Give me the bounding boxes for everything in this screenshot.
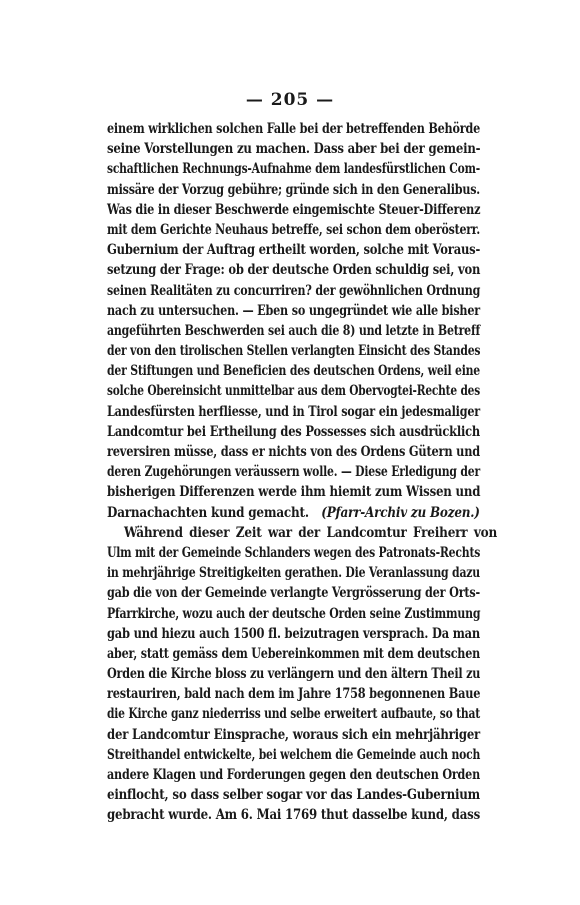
text-line: missäre der Vorzug gebühre; gründe sich …	[107, 180, 480, 200]
text-line: mit dem Gerichte Neuhaus betreffe, sei s…	[107, 220, 480, 240]
text-line: Landcomtur bei Ertheilung des Possesses …	[107, 422, 480, 442]
page-number: — 205 —	[0, 90, 580, 110]
text-line: bisherigen Differenzen werde ihm hiemit …	[107, 482, 480, 502]
text-line: die Kirche ganz niederriss und selbe erw…	[107, 704, 480, 724]
text-line: in mehrjährige Streitigkeiten gerathen. …	[107, 563, 480, 583]
body-text: einem wirklichen solchen Falle bei der b…	[107, 119, 480, 826]
text-line: einem wirklichen solchen Falle bei der b…	[107, 119, 480, 139]
text-line: schaftlichen Rechnungs-Aufnahme dem land…	[107, 159, 480, 179]
text-line: Orden die Kirche bloss zu verlängern und…	[107, 664, 480, 684]
citation-line: Darnachachten kund gemacht. (Pfarr-Archi…	[107, 503, 480, 523]
text-line: Ulm mit der Gemeinde Schlanders wegen de…	[107, 543, 480, 563]
text-line: einflocht, so dass selber sogar vor das …	[107, 785, 480, 805]
archive-citation: (Pfarr-Archiv zu Bozen.)	[321, 505, 479, 521]
text-line: andere Klagen und Forderungen gegen den …	[107, 765, 480, 785]
text-line: der Stiftungen und Beneficien des deutsc…	[107, 361, 480, 381]
text-line: der von den tirolischen Stellen verlangt…	[107, 341, 480, 361]
text-line: Landesfürsten herfliesse, und in Tirol s…	[107, 402, 480, 422]
text-line: Pfarrkirche, wozu auch der deutsche Orde…	[107, 604, 480, 624]
text-line: setzung der Frage: ob der deutsche Orden…	[107, 260, 480, 280]
text-line: reversiren müsse, dass er nichts von des…	[107, 442, 480, 462]
paragraph-first-line: Während dieser Zeit war der Landcomtur F…	[107, 523, 497, 543]
text-line: seinen Realitäten zu concurriren? der ge…	[107, 281, 480, 301]
text-line: restauriren, bald nach dem im Jahre 1758…	[107, 684, 480, 704]
text-line: der Landcomtur Einsprache, woraus sich e…	[107, 725, 480, 745]
text-line: Streithandel entwickelte, bei welchem di…	[107, 745, 480, 765]
text-line: solche Obereinsicht unmittelbar aus dem …	[107, 381, 480, 401]
text-line: deren Zugehörungen veräussern wolle. — D…	[107, 462, 480, 482]
text-line: Gubernium der Auftrag ertheilt worden, s…	[107, 240, 480, 260]
citation-line-text: Darnachachten kund gemacht.	[107, 505, 309, 521]
text-line: gab und hiezu auch 1500 fl. beizutragen …	[107, 624, 480, 644]
text-line: Was die in dieser Beschwerde eingemischt…	[107, 200, 480, 220]
text-line: aber, statt gemäss dem Uebereinkommen mi…	[107, 644, 480, 664]
text-line: seine Vorstellungen zu machen. Dass aber…	[107, 139, 480, 159]
text-line: gebracht wurde. Am 6. Mai 1769 thut dass…	[107, 805, 480, 825]
text-line: nach zu untersuchen. — Eben so ungegründ…	[107, 301, 480, 321]
text-line: gab die von der Gemeinde verlangte Vergr…	[107, 583, 480, 603]
text-line: angeführten Beschwerden sei auch die 8) …	[107, 321, 480, 341]
